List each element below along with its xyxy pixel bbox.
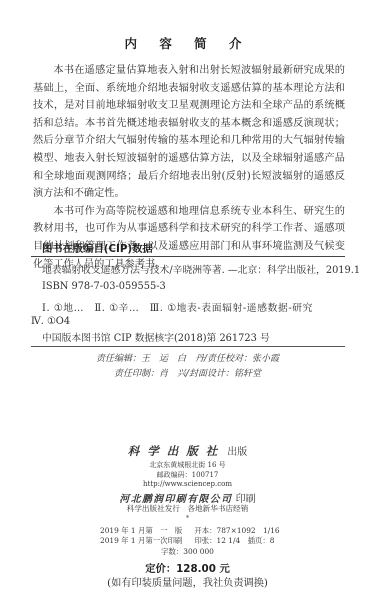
price: 定价：128.00 元: [0, 560, 375, 575]
word-count: 字数：300 000: [0, 546, 375, 557]
production-credit: 责任印制：肖 兴/封面设计：铭轩堂: [0, 366, 375, 379]
cip-bottom-divider: [31, 346, 345, 347]
publisher-address: 北京东黄城根北街 16 号: [0, 460, 375, 470]
quality-notice: (如有印装质量问题，我社负责调换): [0, 574, 375, 589]
distribution-line: 科学出版社发行 各地新华书店经销: [0, 503, 375, 514]
copyright-page: 内 容 简 介 本书在遥感定量估算地表入射和出射长短波辐射最新研究成果的基础上，…: [0, 0, 375, 607]
format-info: 开本：787×1092 1/16: [194, 526, 279, 535]
sheets-info: 印张：12 1/4 插页：8: [194, 536, 274, 545]
cip-title-line: 地表辐射收支遥感方法与技术/辛晓洲等著. —北京：科学出版社，2019.1: [42, 262, 360, 276]
separator-star-icon: *: [0, 515, 375, 522]
cip-isbn: ISBN 978-7-03-059555-3: [42, 281, 166, 292]
editors-credit: 责任编辑：王 运 白 丹/责任校对：张小霞: [0, 351, 375, 364]
cip-classification-cont: Ⅳ. ①O4: [31, 316, 70, 327]
cip-heading: 图书在版编目(CIP)数据: [42, 240, 153, 255]
printing-info: 2019 年 1 月第一次印刷: [100, 535, 192, 546]
cip-number: 中国版本图书馆 CIP 数据核字(2018)第 261723 号: [42, 330, 270, 344]
publisher-website: http://www.sciencep.com: [0, 480, 375, 488]
cip-classification: Ⅰ. ①地… Ⅱ. ①辛… Ⅲ. ①地表-表面辐射-遥感数据-研究: [42, 300, 313, 314]
publisher-suffix: 出版: [227, 447, 247, 458]
publisher-postcode: 邮政编码：100717: [0, 470, 375, 480]
summary-paragraph: 本书在遥感定量估算地表入射和出射长短波辐射最新研究成果的基础上，全面、系统地介绍…: [33, 62, 345, 203]
cip-top-divider: [31, 256, 345, 257]
publisher-line: 科学出版社出版: [0, 443, 375, 459]
printing-row: 2019 年 1 月第一次印刷 印张：12 1/4 插页：8: [100, 535, 274, 546]
section-title: 内 容 简 介: [0, 34, 375, 52]
publisher-logo-text: 科学出版社: [128, 444, 226, 458]
